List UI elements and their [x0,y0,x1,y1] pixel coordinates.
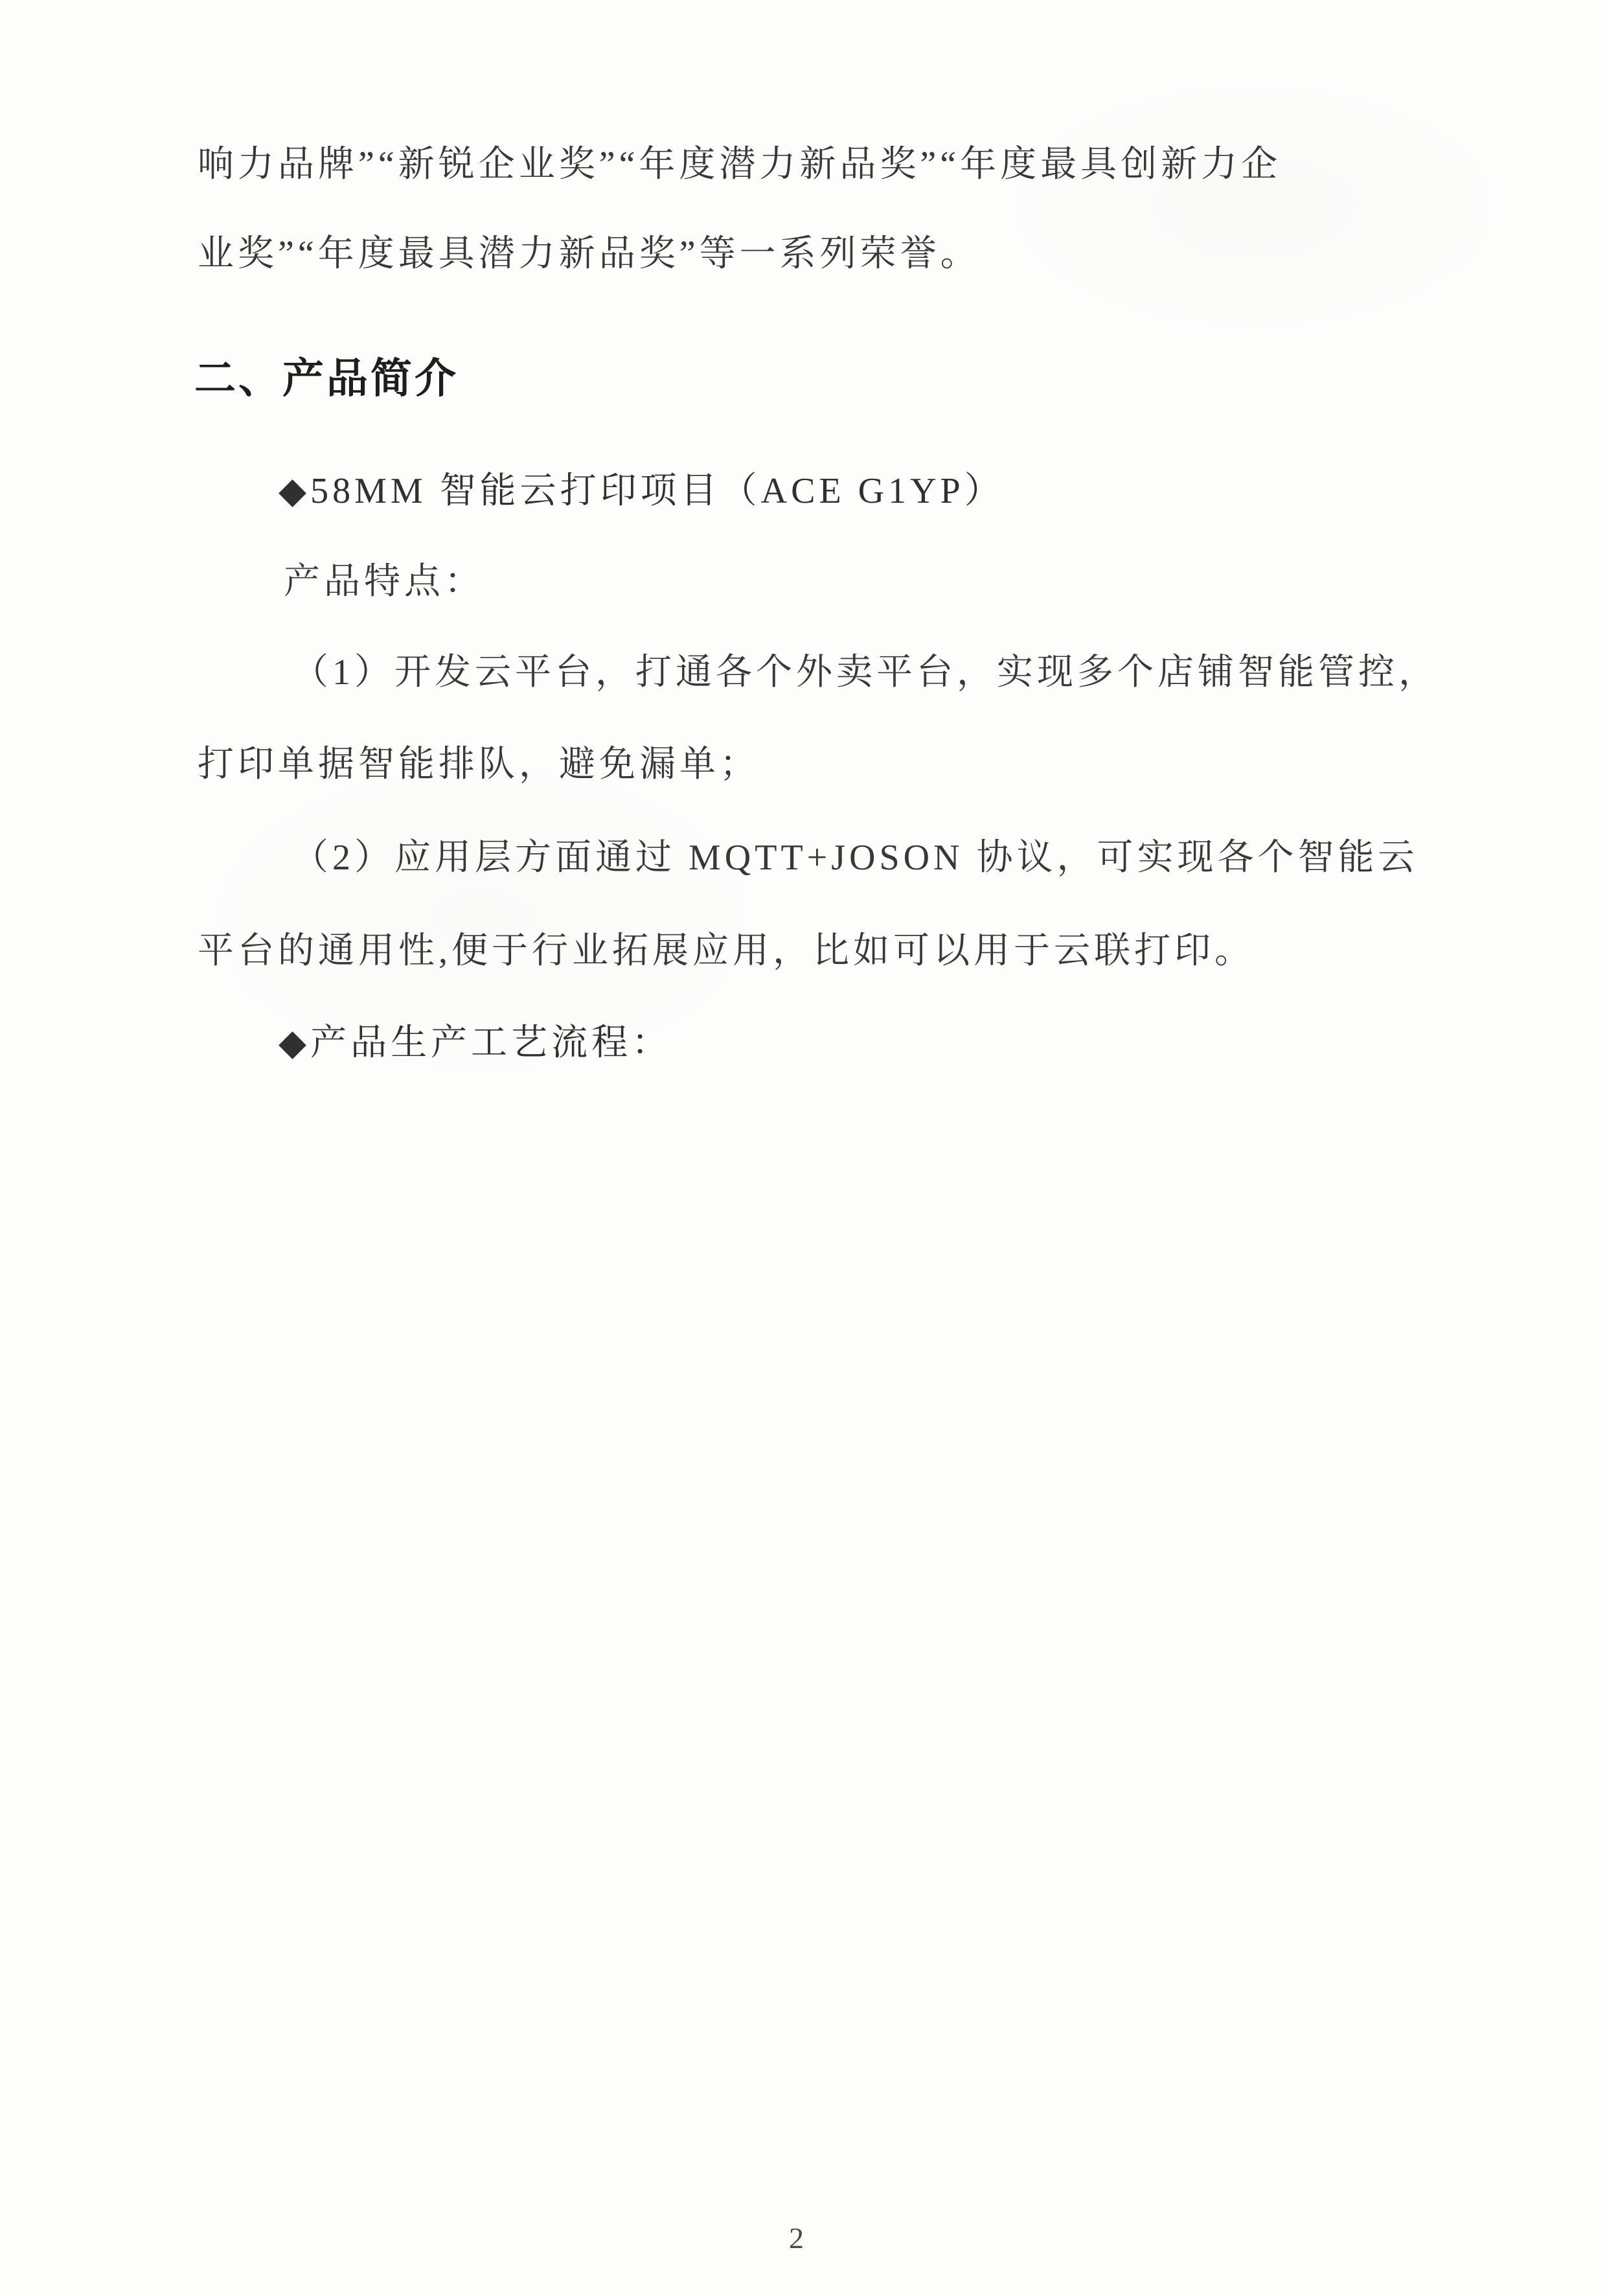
document-page: 响力品牌”“新锐企业奖”“年度潜力新品奖”“年度最具创新力企 业奖”“年度最具潜… [0,0,1607,2296]
feature-2-line-2: 平台的通用性,便于行业拓展应用，比如可以用于云联打印。 [198,930,1255,972]
awards-paragraph-line-1: 响力品牌”“新锐企业奖”“年度潜力新品奖”“年度最具创新力企 [198,144,1281,185]
feature-2-line-1: （2）应用层方面通过 MQTT+JOSON 协议，可实现各个智能云 [292,837,1419,878]
process-bullet-line: ◆产品生产工艺流程： [279,1022,672,1064]
section-heading-product-intro: 二、产品简介 [194,355,459,403]
awards-paragraph-line-2: 业奖”“年度最具潜力新品奖”等一系列荣誉。 [198,233,981,275]
feature-1-line-1: （1）开发云平台，打通各个外卖平台，实现多个店铺智能管控， [292,652,1439,693]
features-label: 产品特点： [284,561,484,603]
project-bullet-line: ◆58MM 智能云打印项目（ACE G1YP） [279,470,1005,512]
feature-1-line-2: 打印单据智能排队，避免漏单； [198,744,760,785]
page-number: 2 [789,2221,804,2255]
